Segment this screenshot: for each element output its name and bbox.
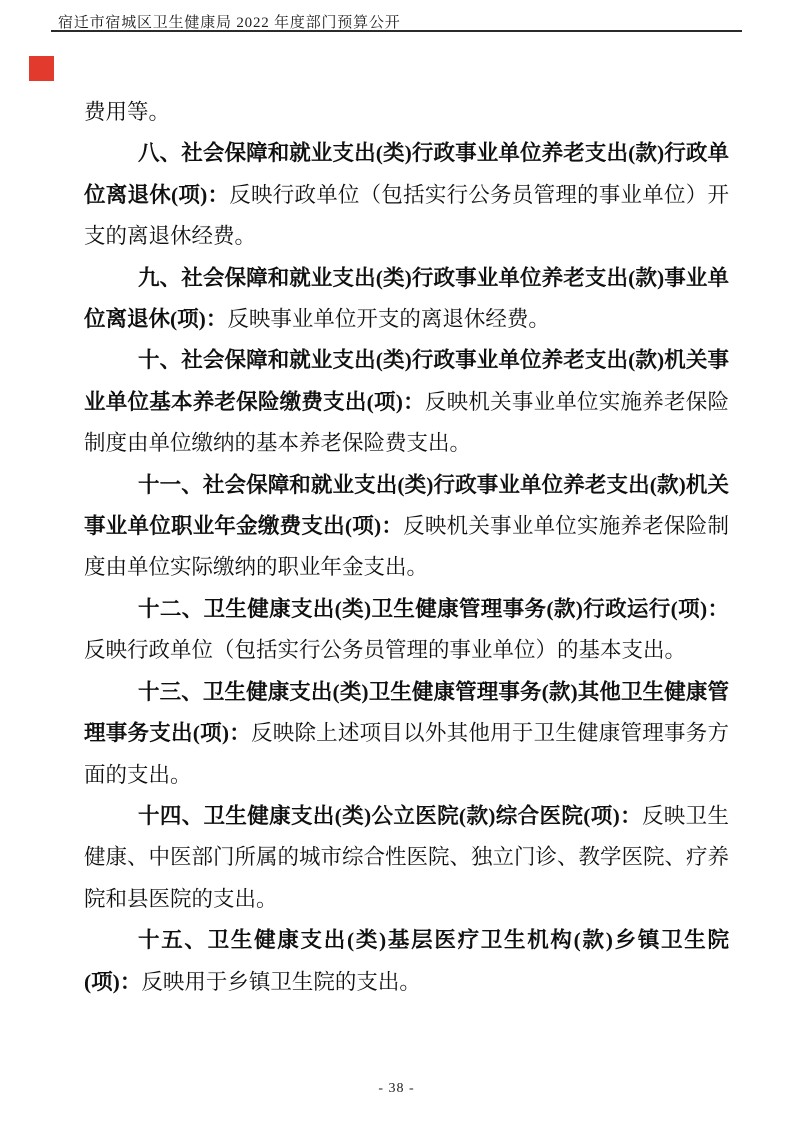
- budget-paragraph-12: 十二、卫生健康支出(类)卫生健康管理事务(款)行政运行(项)：反映行政单位（包括…: [84, 589, 729, 672]
- page-number: - 38 -: [0, 1081, 793, 1097]
- budget-paragraph-11: 十一、社会保障和就业支出(类)行政事业单位养老支出(款)机关事业单位职业年金缴费…: [84, 465, 729, 589]
- paragraph-heading: 十二、卫生健康支出(类)卫生健康管理事务(款)行政运行(项)：: [138, 597, 729, 621]
- budget-paragraph-14: 十四、卫生健康支出(类)公立医院(款)综合医院(项)：反映卫生健康、中医部门所属…: [84, 796, 729, 920]
- header-divider: [51, 30, 742, 32]
- document-page: 宿迁市宿城区卫生健康局 2022 年度部门预算公开 费用等。 八、社会保障和就业…: [0, 0, 793, 1122]
- paragraph-text: 反映行政单位（包括实行公务员管理的事业单位）的基本支出。: [84, 638, 686, 662]
- budget-paragraph-13: 十三、卫生健康支出(类)卫生健康管理事务(款)其他卫生健康管理事务支出(项)：反…: [84, 672, 729, 796]
- budget-paragraph-continuation: 费用等。: [84, 92, 729, 133]
- paragraph-heading: 十四、卫生健康支出(类)公立医院(款)综合医院(项)：: [138, 804, 642, 828]
- paragraph-text: 费用等。: [84, 100, 170, 124]
- budget-paragraph-8: 八、社会保障和就业支出(类)行政事业单位养老支出(款)行政单位离退休(项)：反映…: [84, 133, 729, 257]
- budget-paragraph-9: 九、社会保障和就业支出(类)行政事业单位养老支出(款)事业单位离退休(项)：反映…: [84, 258, 729, 341]
- budget-paragraph-10: 十、社会保障和就业支出(类)行政事业单位养老支出(款)机关事业单位基本养老保险缴…: [84, 340, 729, 464]
- document-header-title: 宿迁市宿城区卫生健康局 2022 年度部门预算公开: [58, 11, 401, 32]
- budget-paragraph-15: 十五、卫生健康支出(类)基层医疗卫生机构(款)乡镇卫生院(项)：反映用于乡镇卫生…: [84, 920, 729, 1003]
- paragraph-text: 反映事业单位开支的离退休经费。: [227, 307, 550, 331]
- document-body: 费用等。 八、社会保障和就业支出(类)行政事业单位养老支出(款)行政单位离退休(…: [84, 92, 729, 1003]
- paragraph-text: 反映用于乡镇卫生院的支出。: [141, 970, 421, 994]
- red-marker: [29, 56, 54, 81]
